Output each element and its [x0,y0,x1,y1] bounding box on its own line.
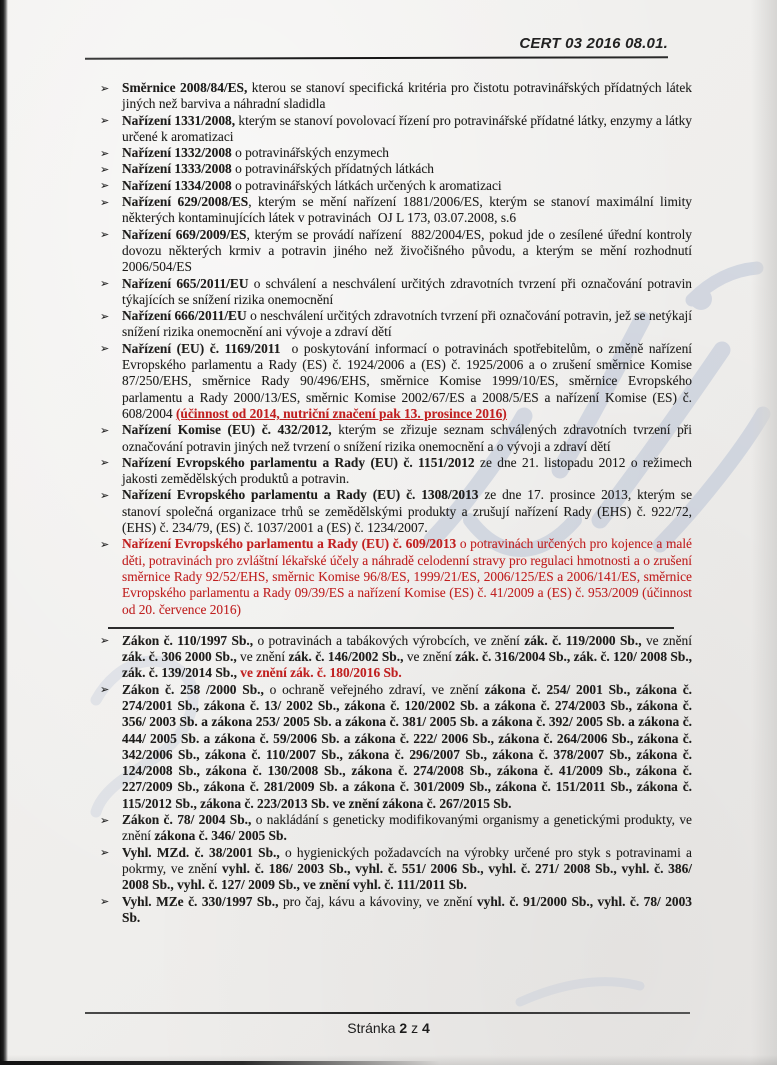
list-item-text: Nařízení Komise (EU) č. 432/2012, kterým… [122,422,692,455]
list-item: ➢Nařízení Evropského parlamentu a Rady (… [100,455,692,488]
scan-edge-right [751,0,777,1065]
arrow-bullet-icon: ➢ [100,227,109,243]
list-item-text: Nařízení 665/2011/EU o schválení a nesch… [122,276,692,309]
arrow-bullet-icon: ➢ [100,537,109,553]
list-item: ➢Směrnice 2008/84/ES, kterou se stanoví … [100,80,692,113]
list-item-text: Vyhl. MZe č. 330/1997 Sb., pro čaj, kávu… [122,894,692,927]
arrow-bullet-icon: ➢ [100,845,109,861]
arrow-bullet-icon: ➢ [100,423,109,439]
scan-edge-bottom [0,1061,440,1065]
law-list-cz: ➢Zákon č. 110/1997 Sb., o potravinách a … [100,633,692,926]
list-item-text: Směrnice 2008/84/ES, kterou se stanoví s… [122,80,692,113]
list-item: ➢Nařízení 669/2009/ES, kterým se provádí… [100,227,692,276]
arrow-bullet-icon: ➢ [100,81,109,97]
arrow-bullet-icon: ➢ [100,178,109,194]
list-item: ➢Nařízení 1333/2008 o potravinářských př… [100,161,692,177]
arrow-bullet-icon: ➢ [100,488,109,504]
arrow-bullet-icon: ➢ [100,276,109,292]
document-code: CERT 03 2016 08.01. [519,35,668,52]
list-item: ➢Nařízení 666/2011/EU o neschválení urči… [100,308,692,341]
list-item-text: Nařízení 669/2009/ES, kterým se provádí … [122,227,692,276]
list-item-text: Nařízení Evropského parlamentu a Rady (E… [122,455,692,488]
list-item: ➢Nařízení 665/2011/EU o schválení a nesc… [100,276,692,309]
list-item: ➢Nařízení 1334/2008 o potravinářských lá… [100,178,692,194]
list-item: ➢Nařízení Evropského parlamentu a Rady (… [100,487,692,536]
list-item: ➢Nařízení 629/2008/ES, kterým se mění na… [100,194,692,227]
page-number-current: 2 [399,1020,407,1036]
list-item-text: Nařízení 1333/2008 o potravinářských pří… [122,161,692,177]
arrow-bullet-icon: ➢ [100,341,109,357]
arrow-bullet-icon: ➢ [100,162,109,178]
list-item: ➢Nařízení 1332/2008 o potravinářských en… [100,145,692,161]
page-number-prefix: Stránka [347,1020,395,1036]
page-number-separator: z [411,1020,418,1036]
arrow-bullet-icon: ➢ [100,195,109,211]
list-item: ➢Nařízení 1331/2008, kterým se stanoví p… [100,113,692,146]
list-item-text: Vyhl. MZd. č. 38/2001 Sb., o hygienickýc… [122,845,692,894]
list-item-text: Nařízení 629/2008/ES, kterým se mění nař… [122,194,692,227]
list-item-text: Nařízení 666/2011/EU o neschválení určit… [122,308,692,341]
header-rule [85,56,668,60]
list-item-text: Zákon č. 78/ 2004 Sb., o nakládání s gen… [122,812,692,845]
list-item-text: Nařízení 1334/2008 o potravinářských lát… [122,178,692,194]
arrow-bullet-icon: ➢ [100,633,109,649]
list-item-text: Nařízení Evropského parlamentu a Rady (E… [122,487,692,536]
page-number: Stránka 2 z 4 [0,1020,777,1036]
list-item: ➢Nařízení (EU) č. 1169/2011 o poskytován… [100,341,692,422]
list-item: ➢Zákon č. 110/1997 Sb., o potravinách a … [100,633,692,682]
list-item-text: Nařízení Evropského parlamentu a Rady (E… [122,536,692,617]
section-divider-rule [108,627,674,629]
arrow-bullet-icon: ➢ [100,682,109,698]
list-item: ➢Nařízení Komise (EU) č. 432/2012, který… [100,422,692,455]
arrow-bullet-icon: ➢ [100,146,109,162]
page-number-total: 4 [422,1020,430,1036]
list-item: ➢Vyhl. MZd. č. 38/2001 Sb., o hygienický… [100,845,692,894]
list-item-text: Zákon č. 258 /2000 Sb., o ochraně veřejn… [122,682,692,812]
arrow-bullet-icon: ➢ [100,309,109,325]
document-body: ➢Směrnice 2008/84/ES, kterou se stanoví … [100,80,692,926]
list-item: ➢Nařízení Evropského parlamentu a Rady (… [100,536,692,617]
list-item: ➢Zákon č. 258 /2000 Sb., o ochraně veřej… [100,682,692,812]
list-item-text: Nařízení 1332/2008 o potravinářských enz… [122,145,692,161]
arrow-bullet-icon: ➢ [100,894,109,910]
scan-edge-left [0,0,8,1065]
list-item-text: Nařízení 1331/2008, kterým se stanoví po… [122,113,692,146]
list-item: ➢Zákon č. 78/ 2004 Sb., o nakládání s ge… [100,812,692,845]
footer-rule [85,1012,690,1014]
list-item-text: Nařízení (EU) č. 1169/2011 o poskytování… [122,341,692,422]
list-item: ➢Vyhl. MZe č. 330/1997 Sb., pro čaj, káv… [100,894,692,927]
arrow-bullet-icon: ➢ [100,455,109,471]
list-item-text: Zákon č. 110/1997 Sb., o potravinách a t… [122,633,692,682]
scanned-page: CERT 03 2016 08.01. ➢Směrnice 2008/84/ES… [0,0,777,1065]
arrow-bullet-icon: ➢ [100,813,109,829]
regulation-list-eu: ➢Směrnice 2008/84/ES, kterou se stanoví … [100,80,692,618]
arrow-bullet-icon: ➢ [100,113,109,129]
